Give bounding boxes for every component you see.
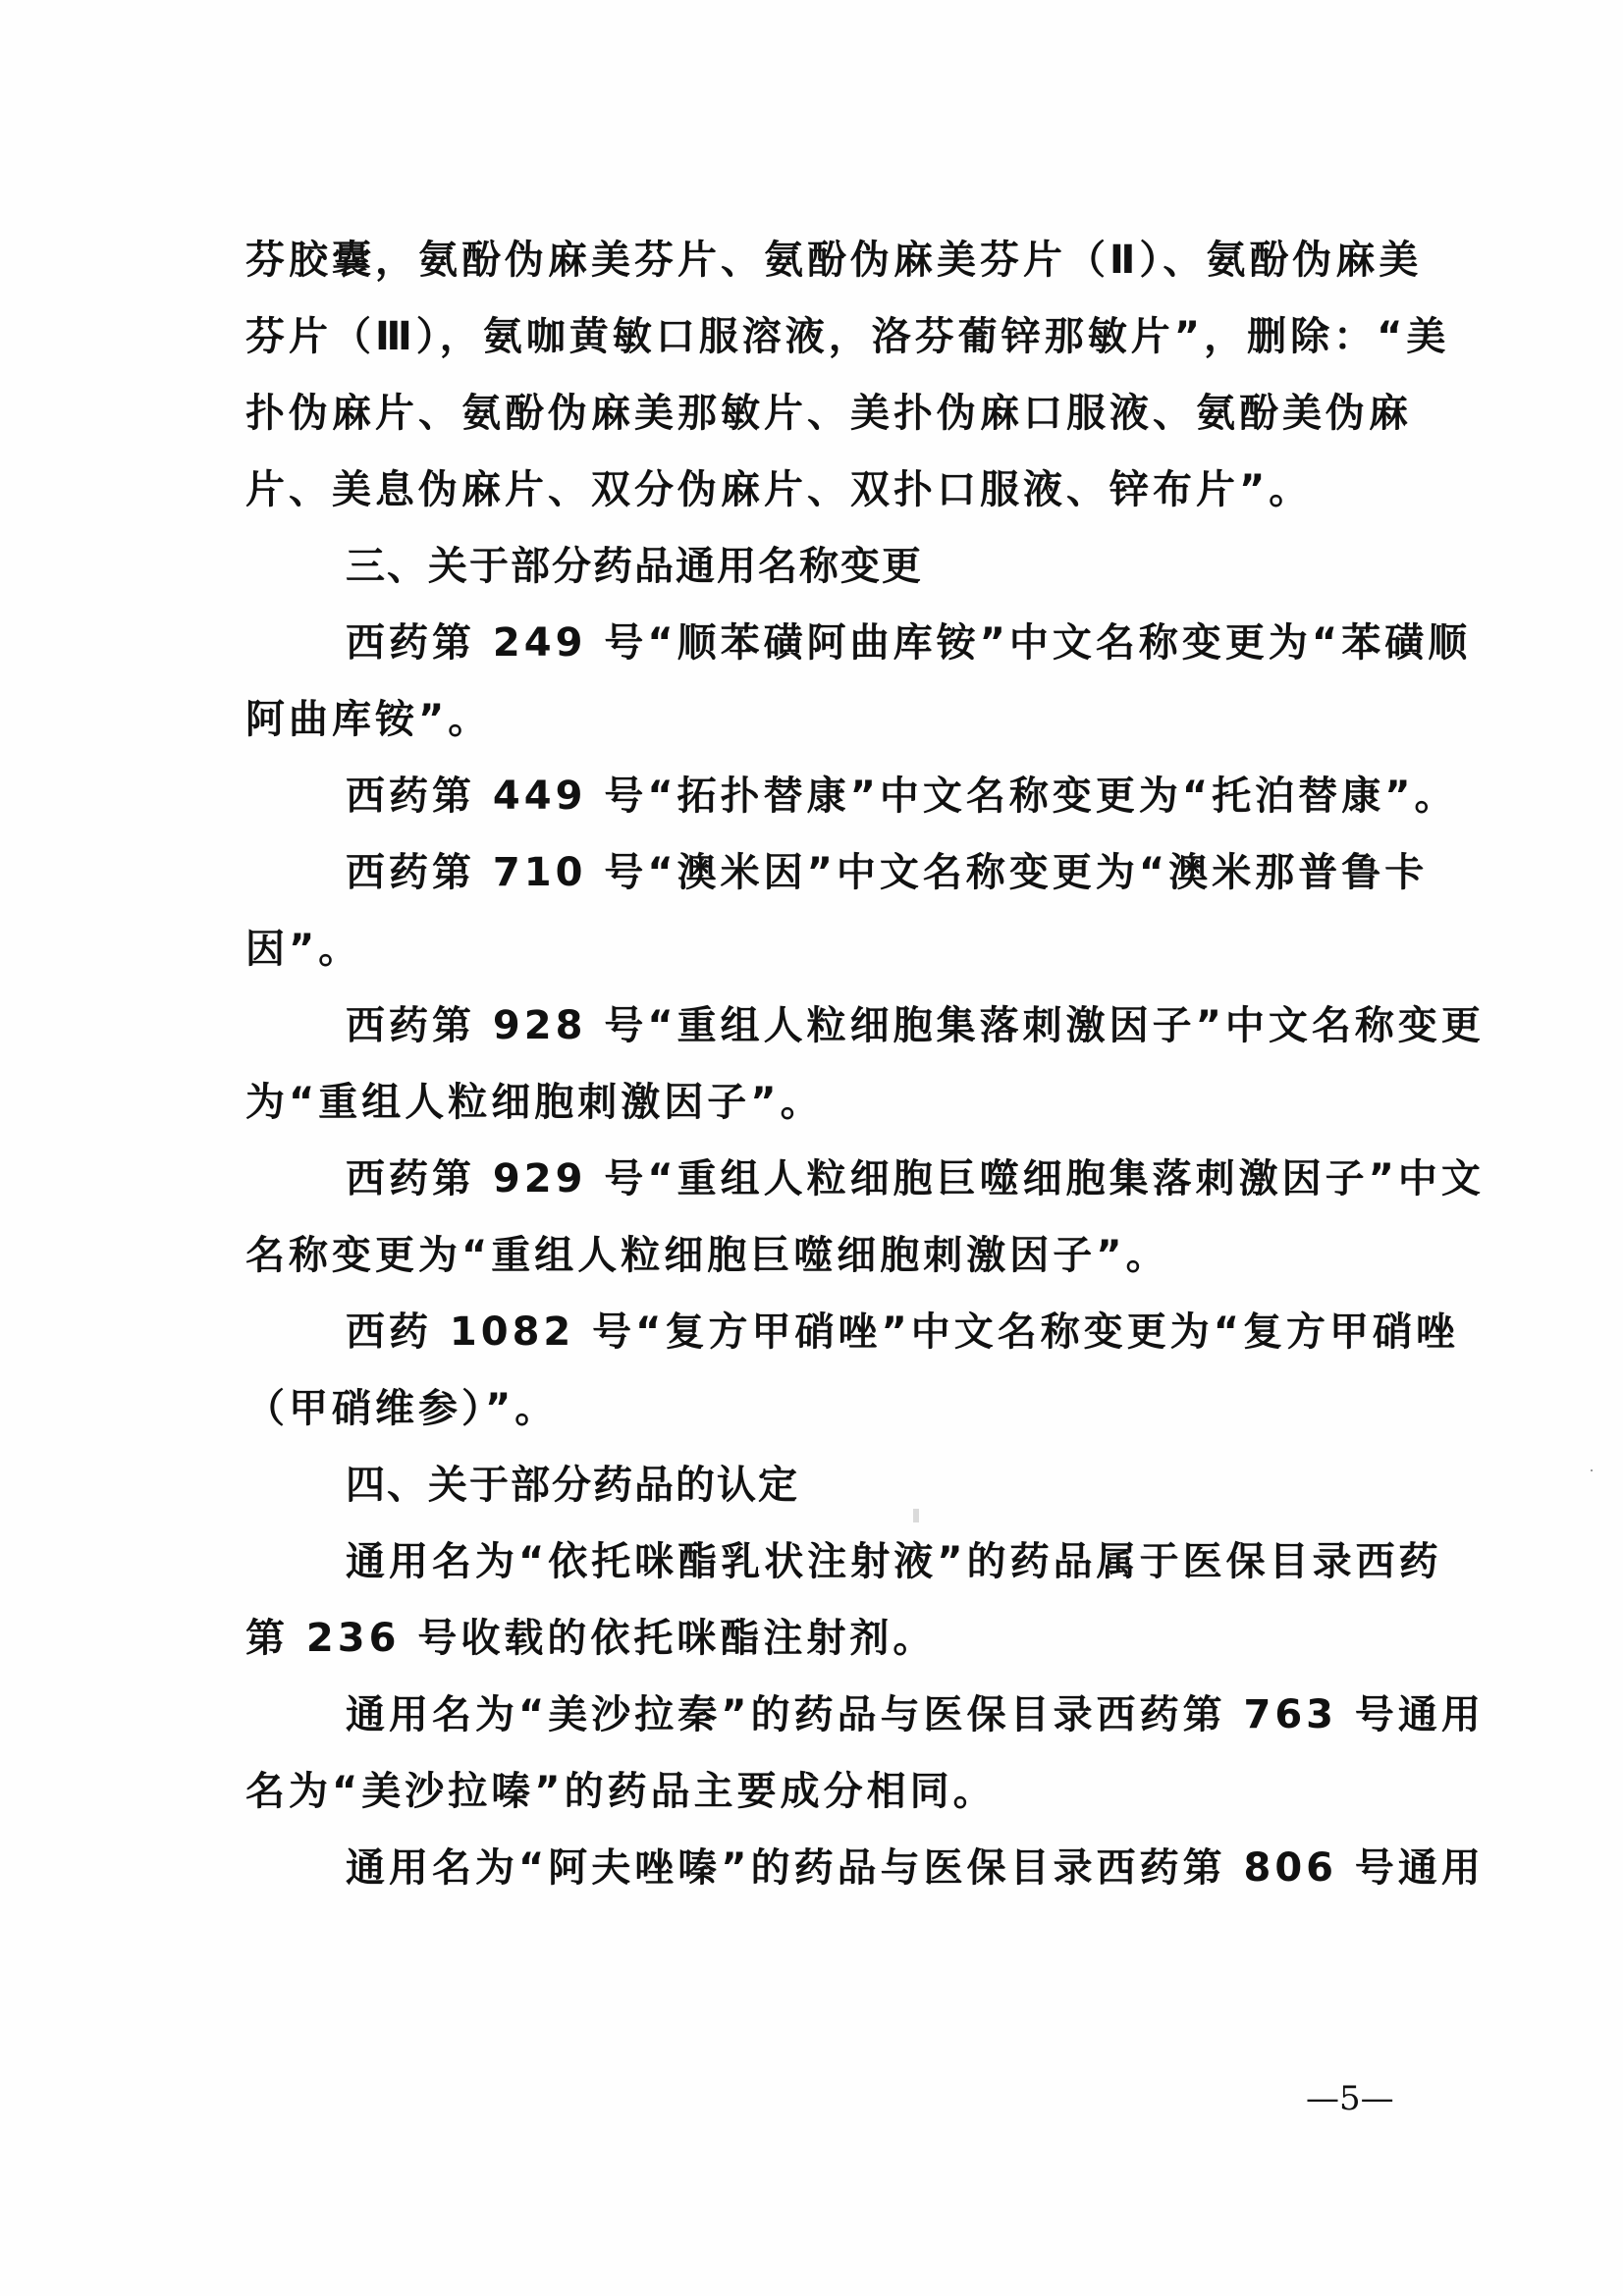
- paragraph-line: 西药第 249 号“顺苯磺阿曲库铵”中文名称变更为“苯磺顺: [346, 618, 1404, 667]
- scan-noise: [1591, 1469, 1593, 1471]
- paragraph-line: 西药第 929 号“重组人粒细胞巨噬细胞集落刺激因子”中文: [346, 1154, 1404, 1203]
- paragraph-line: 西药第 928 号“重组人粒细胞集落刺激因子”中文名称变更: [346, 1001, 1404, 1050]
- page-number: —5—: [1306, 2079, 1394, 2118]
- paragraph-line: 西药 1082 号“复方甲硝唑”中文名称变更为“复方甲硝唑: [346, 1308, 1404, 1357]
- paragraph-line: 名称变更为“重组人粒细胞巨噬细胞刺激因子”。: [245, 1231, 1404, 1280]
- scan-noise: [913, 1509, 919, 1522]
- paragraph-line: （甲硝维参）”。: [245, 1384, 1404, 1433]
- body-text-line: 芬片（Ⅲ），氨咖黄敏口服溶液，洛芬葡锌那敏片”，删除：“美: [245, 312, 1404, 361]
- section-heading-4: 四、关于部分药品的认定: [346, 1461, 1404, 1510]
- paragraph-line: 西药第 710 号“澳米因”中文名称变更为“澳米那普鲁卡: [346, 848, 1404, 897]
- body-text-line: 片、美息伪麻片、双分伪麻片、双扑口服液、锌布片”。: [245, 465, 1404, 514]
- paragraph-line: 阿曲库铵”。: [245, 695, 1404, 744]
- paragraph-line: 为“重组人粒细胞刺激因子”。: [245, 1078, 1404, 1127]
- body-text-line: 芬胶囊，氨酚伪麻美芬片、氨酚伪麻美芬片（Ⅱ）、氨酚伪麻美: [245, 236, 1404, 285]
- paragraph-line: 第 236 号收载的依托咪酯注射剂。: [245, 1614, 1404, 1663]
- paragraph-line: 名为“美沙拉嗪”的药品主要成分相同。: [245, 1767, 1404, 1816]
- document-page: 芬胶囊，氨酚伪麻美芬片、氨酚伪麻美芬片（Ⅱ）、氨酚伪麻美 芬片（Ⅲ），氨咖黄敏口…: [0, 0, 1623, 2296]
- body-text-line: 扑伪麻片、氨酚伪麻美那敏片、美扑伪麻口服液、氨酚美伪麻: [245, 389, 1404, 438]
- paragraph-line: 通用名为“依托咪酯乳状注射液”的药品属于医保目录西药: [346, 1537, 1404, 1586]
- paragraph-line: 通用名为“阿夫唑嗪”的药品与医保目录西药第 806 号通用: [346, 1843, 1404, 1893]
- section-heading-3: 三、关于部分药品通用名称变更: [346, 542, 1404, 591]
- paragraph-line: 通用名为“美沙拉秦”的药品与医保目录西药第 763 号通用: [346, 1690, 1404, 1739]
- paragraph-line: 西药第 449 号“拓扑替康”中文名称变更为“托泊替康”。: [346, 772, 1404, 821]
- paragraph-line: 因”。: [245, 925, 1404, 974]
